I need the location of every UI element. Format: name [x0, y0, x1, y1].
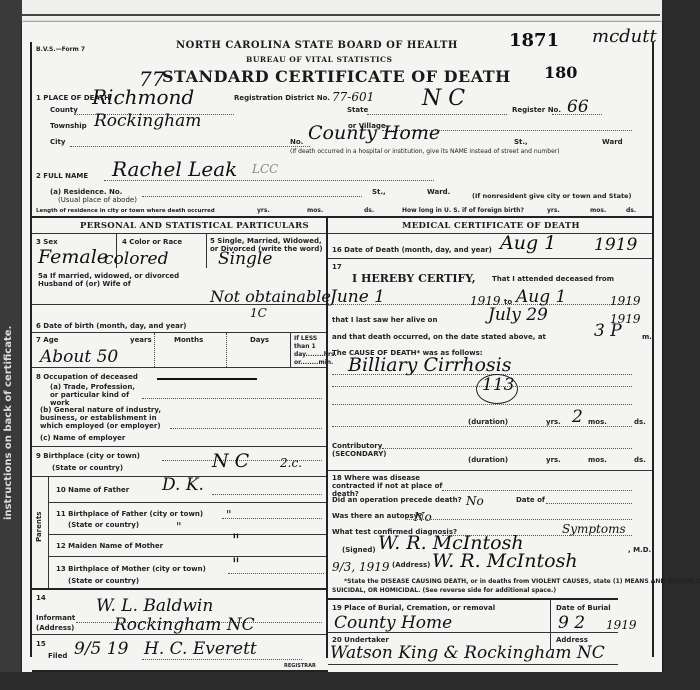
- mother-birthplace-value: ": [232, 556, 240, 574]
- register-no-value: 66: [567, 98, 589, 116]
- death-certificate: B.V.S.—Form 7 NORTH CAROLINA STATE BOARD…: [22, 22, 662, 672]
- certificate-title: STANDARD CERTIFICATE OF DEATH: [162, 67, 511, 86]
- months-label: Months: [174, 336, 203, 344]
- informant-number: 14: [36, 594, 46, 602]
- full-name-label: 2 FULL NAME: [36, 172, 88, 180]
- attended-to: Aug 1: [516, 288, 566, 306]
- physician-address-label: (Address): [392, 561, 430, 569]
- register-no-label: Register No.: [512, 106, 561, 114]
- medical-section-title: MEDICAL CERTIFICATE OF DEATH: [402, 221, 580, 231]
- burial-place-value: County Home: [334, 614, 452, 632]
- certify-heading: I HEREBY CERTIFY,: [352, 272, 476, 285]
- birthplace-state-label: (State or country): [52, 464, 123, 472]
- operation-date-label: Date of: [516, 496, 545, 504]
- informant-address-value: Rockingham NC: [114, 616, 255, 634]
- county-value: Richmond: [92, 88, 194, 106]
- abode-label: (Usual place of abode): [58, 196, 137, 204]
- certify-text: That I attended deceased from: [492, 275, 614, 283]
- marital-value: Single: [218, 250, 272, 268]
- father-birthplace-state-label: (State or country): [68, 521, 139, 529]
- birthplace-value: N C: [212, 452, 249, 470]
- attended-to-year: 1919: [610, 292, 641, 310]
- registrar-name: H. C. Everett: [144, 640, 257, 658]
- operation-label: Did an operation precede death?: [332, 496, 462, 504]
- date-of-death-value: Aug 1: [500, 234, 556, 252]
- personal-section-title: PERSONAL AND STATISTICAL PARTICULARS: [80, 221, 309, 231]
- autopsy-value: No: [414, 508, 432, 526]
- institution-value: County Home: [308, 124, 440, 142]
- parents-label: Parents: [35, 512, 43, 542]
- bureau-title: BUREAU OF VITAL STATISTICS: [246, 55, 392, 64]
- disease-contracted-label: 18 Where was disease contracted if not a…: [332, 474, 462, 498]
- date-of-death-year: 1919: [594, 236, 637, 254]
- father-birthplace-label: 11 Birthplace of Father (city or town): [56, 510, 203, 518]
- column-divider: [326, 218, 328, 658]
- occupation-dash: [157, 378, 257, 380]
- cause-code: 113: [482, 376, 514, 394]
- form-id: B.V.S.—Form 7: [36, 46, 85, 54]
- color-label: 4 Color or Race: [122, 238, 182, 246]
- mother-value: ": [232, 532, 240, 550]
- certify-number: 17: [332, 263, 342, 271]
- last-saw-value: July 29: [488, 306, 548, 324]
- last-saw-label: that I last saw her alive on: [332, 316, 437, 324]
- informant-value: W. L. Baldwin: [96, 597, 213, 615]
- foreign-birth-label: How long in U. S. if of foreign birth?: [402, 207, 524, 215]
- city-label: City: [50, 138, 65, 146]
- footnote-line1: *State the DISEASE CAUSING DEATH, or in …: [344, 578, 700, 586]
- sex-value: Female: [38, 248, 108, 266]
- father-birthplace-value: ": [226, 506, 232, 524]
- burial-date-value: 9 2: [558, 614, 585, 632]
- operation-value: No: [466, 492, 484, 510]
- days-label: Days: [250, 336, 269, 344]
- duration-months: 2: [572, 408, 583, 426]
- years-label: years: [130, 336, 152, 344]
- death-time: 3 P: [594, 322, 622, 340]
- undertaker-value: Watson King & Rockingham NC: [330, 644, 605, 662]
- length-residence-label: Length of residence in city or town wher…: [36, 207, 215, 215]
- registration-district-value: 77-601: [332, 88, 374, 106]
- sex-label: 3 Sex: [36, 238, 58, 246]
- physician-address: W. R. McIntosh: [432, 552, 578, 570]
- residence-st-label: St.,: [372, 188, 386, 196]
- father-label: 10 Name of Father: [56, 486, 129, 494]
- corner-note: mcdutt: [592, 28, 657, 46]
- scan-top-edge: [0, 0, 700, 22]
- employer-label: (c) Name of employer: [40, 434, 125, 442]
- township-label: Township: [50, 122, 87, 130]
- less-than-day-label: If LESS than 1 day........hrs. or.......…: [294, 335, 326, 367]
- residence-ward-label: Ward.: [427, 188, 450, 196]
- cause-of-death-value: Billiary Cirrhosis: [348, 356, 512, 374]
- filed-label: Filed: [48, 652, 67, 660]
- registrar-label: REGISTRAR: [284, 662, 316, 670]
- industry-label: (b) General nature of industry, business…: [40, 406, 170, 430]
- mother-birthplace-label: 13 Birthplace of Mother (city or town): [56, 565, 206, 573]
- burial-date-label: Date of Burial: [556, 604, 611, 612]
- scan-right-edge: [662, 0, 700, 690]
- township-value: Rockingham: [94, 112, 201, 130]
- ward-label: Ward: [602, 138, 623, 146]
- burial-place-label: 19 Place of Burial, Cremation, or remova…: [332, 604, 495, 612]
- spouse-label: 5a If married, widowed, or divorced Husb…: [38, 272, 198, 288]
- filed-number: 15: [36, 640, 46, 648]
- stray-mark: LCC: [252, 160, 278, 178]
- state-label: State: [347, 106, 368, 114]
- contributory-label: Contributory (SECONDARY): [332, 442, 382, 458]
- full-name-value: Rachel Leak: [112, 160, 237, 178]
- informant-label: Informant: [36, 614, 75, 622]
- scan-left-edge: instructions on back of certificate.: [0, 0, 22, 690]
- frame-left: [30, 42, 32, 657]
- birthplace-note: 2.c.: [280, 454, 302, 472]
- residence-label: (a) Residence. No.: [50, 188, 122, 196]
- certificate-number: 180: [544, 64, 577, 82]
- mother-birthplace-state-label: (State or country): [68, 577, 139, 585]
- occupation-label: 8 Occupation of deceased: [36, 373, 138, 381]
- signed-label: (Signed): [342, 546, 376, 554]
- footnote-line2: SUICIDAL, OR HOMICIDAL. (See reverse sid…: [332, 587, 556, 595]
- mother-label: 12 Maiden Name of Mother: [56, 542, 163, 550]
- trade-label: (a) Trade, Profession, or particular kin…: [50, 383, 145, 407]
- st-label: St.,: [514, 138, 528, 146]
- informant-address-label: (Address): [36, 624, 74, 632]
- file-number: 1871: [509, 32, 559, 50]
- frame-right: [652, 42, 654, 657]
- father-value: D. K.: [162, 476, 204, 494]
- age-value: About 50: [40, 348, 118, 366]
- no-label: No.: [290, 138, 303, 146]
- birthplace-label: 9 Birthplace (city or town): [36, 452, 140, 460]
- hospital-note: (If death occurred in a hospital or inst…: [290, 148, 560, 156]
- signature-date: 9/3, 1919: [332, 558, 389, 576]
- state-value: N C: [422, 90, 465, 108]
- age-label: 7 Age: [36, 336, 58, 344]
- dob-value: Not obtainable: [210, 288, 331, 306]
- dob-label: 6 Date of birth (month, day, and year): [36, 322, 186, 330]
- board-title: NORTH CAROLINA STATE BOARD OF HEALTH: [176, 40, 458, 51]
- date-of-death-label: 16 Date of Death (month, day, and year): [332, 246, 492, 254]
- dob-note: 1C: [250, 304, 267, 322]
- scan-bottom-edge: [0, 672, 700, 690]
- color-value: colored: [104, 250, 169, 268]
- filed-date: 9/5 19: [74, 640, 128, 658]
- county-label: County: [50, 106, 78, 114]
- registration-district-label: Registration District No.: [234, 94, 330, 102]
- margin-instructions: instructions on back of certificate.: [3, 270, 14, 520]
- death-occurred-label: and that death occurred, on the date sta…: [332, 333, 546, 341]
- nonresident-note: (If nonresident give city or town and St…: [472, 192, 631, 200]
